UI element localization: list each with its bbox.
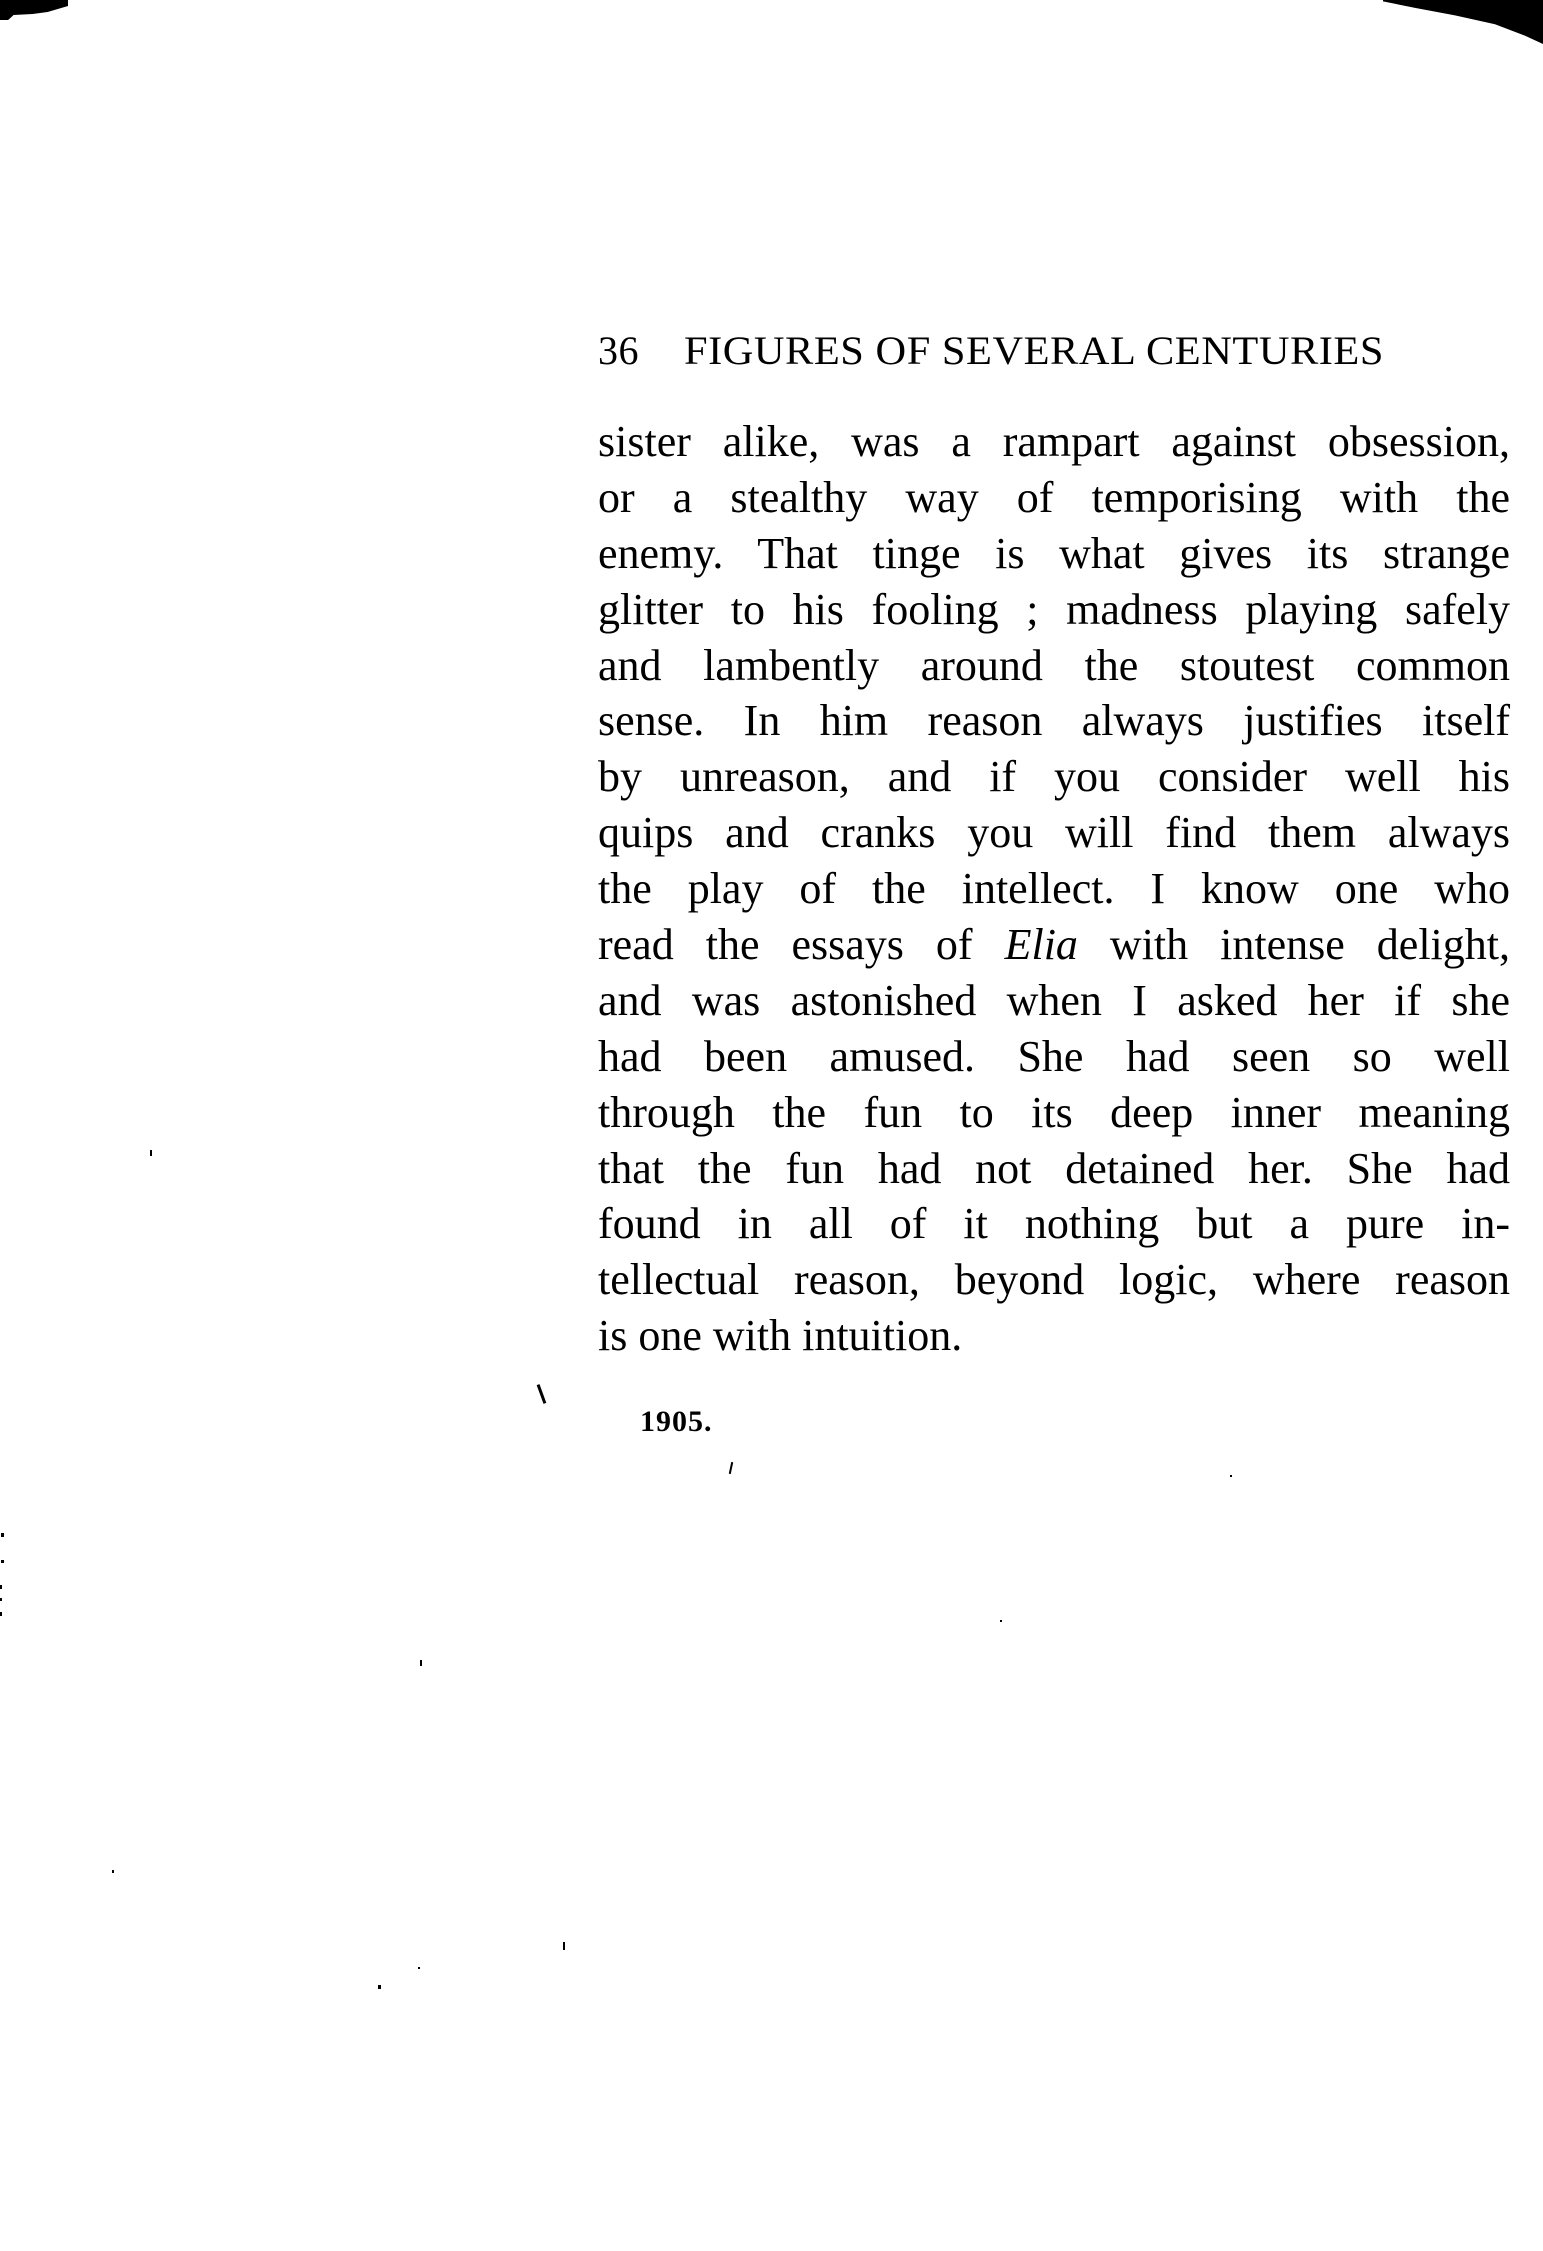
- scan-artifact-speck: [1, 1533, 4, 1537]
- scan-artifact-stroke: [729, 1462, 733, 1474]
- scan-artifact-speck: [563, 1942, 565, 1950]
- scan-artifact-stroke: [537, 1384, 547, 1404]
- text-line: sister alike, was a rampart against obse…: [598, 414, 1510, 470]
- italic-title-elia: Elia: [1005, 920, 1078, 969]
- scan-artifact-top-right: [1383, 0, 1543, 44]
- text-line: through the fun to its deep inner meanin…: [598, 1085, 1510, 1141]
- essay-date: 1905.: [640, 1402, 713, 1442]
- text-line: and was astonished when I asked her if s…: [598, 973, 1510, 1029]
- scan-artifact-speck: [112, 1870, 114, 1873]
- text-line: that the fun had not detained her. She h…: [598, 1141, 1510, 1197]
- scan-artifact-speck: [1000, 1620, 1002, 1622]
- text-line: sense. In him reason always justifies it…: [598, 693, 1510, 749]
- text-line: found in all of it nothing but a pure in…: [598, 1196, 1510, 1252]
- scan-artifact-speck: [1, 1560, 4, 1563]
- running-title: FIGURES OF SEVERAL CENTURIES: [684, 326, 1384, 376]
- text-line: read the essays of Elia with intense del…: [598, 917, 1510, 973]
- text-line: enemy. That tinge is what gives its stra…: [598, 526, 1510, 582]
- body-paragraph: sister alike, was a rampart against obse…: [598, 414, 1510, 1364]
- text-line: quips and cranks you will find them alwa…: [598, 805, 1510, 861]
- scan-artifact-speck: [378, 1985, 381, 1989]
- text-line: by unreason, and if you consider well hi…: [598, 749, 1510, 805]
- scan-artifact-speck: [418, 1967, 420, 1969]
- running-header: 36FIGURES OF SEVERAL CENTURIES: [598, 326, 1478, 376]
- scan-artifact-speck: [0, 1598, 2, 1601]
- text-line: glitter to his fooling ; madness playing…: [598, 582, 1510, 638]
- scan-artifact-speck: [1230, 1475, 1232, 1477]
- scan-artifact-top-left: [0, 0, 68, 20]
- text-line: and lambently around the stoutest common: [598, 638, 1510, 694]
- scan-artifact-speck: [150, 1150, 152, 1156]
- text-line: or a stealthy way of temporising with th…: [598, 470, 1510, 526]
- page-number: 36: [598, 326, 684, 376]
- text-line: tellectual reason, beyond logic, where r…: [598, 1252, 1510, 1308]
- text-line: had been amused. She had seen so well: [598, 1029, 1510, 1085]
- text-line-last: is one with intuition.: [598, 1308, 1510, 1364]
- scan-artifact-speck: [420, 1660, 422, 1666]
- scan-artifact-speck: [0, 1585, 2, 1589]
- scan-artifact-speck: [0, 1612, 2, 1616]
- text-line: the play of the intellect. I know one wh…: [598, 861, 1510, 917]
